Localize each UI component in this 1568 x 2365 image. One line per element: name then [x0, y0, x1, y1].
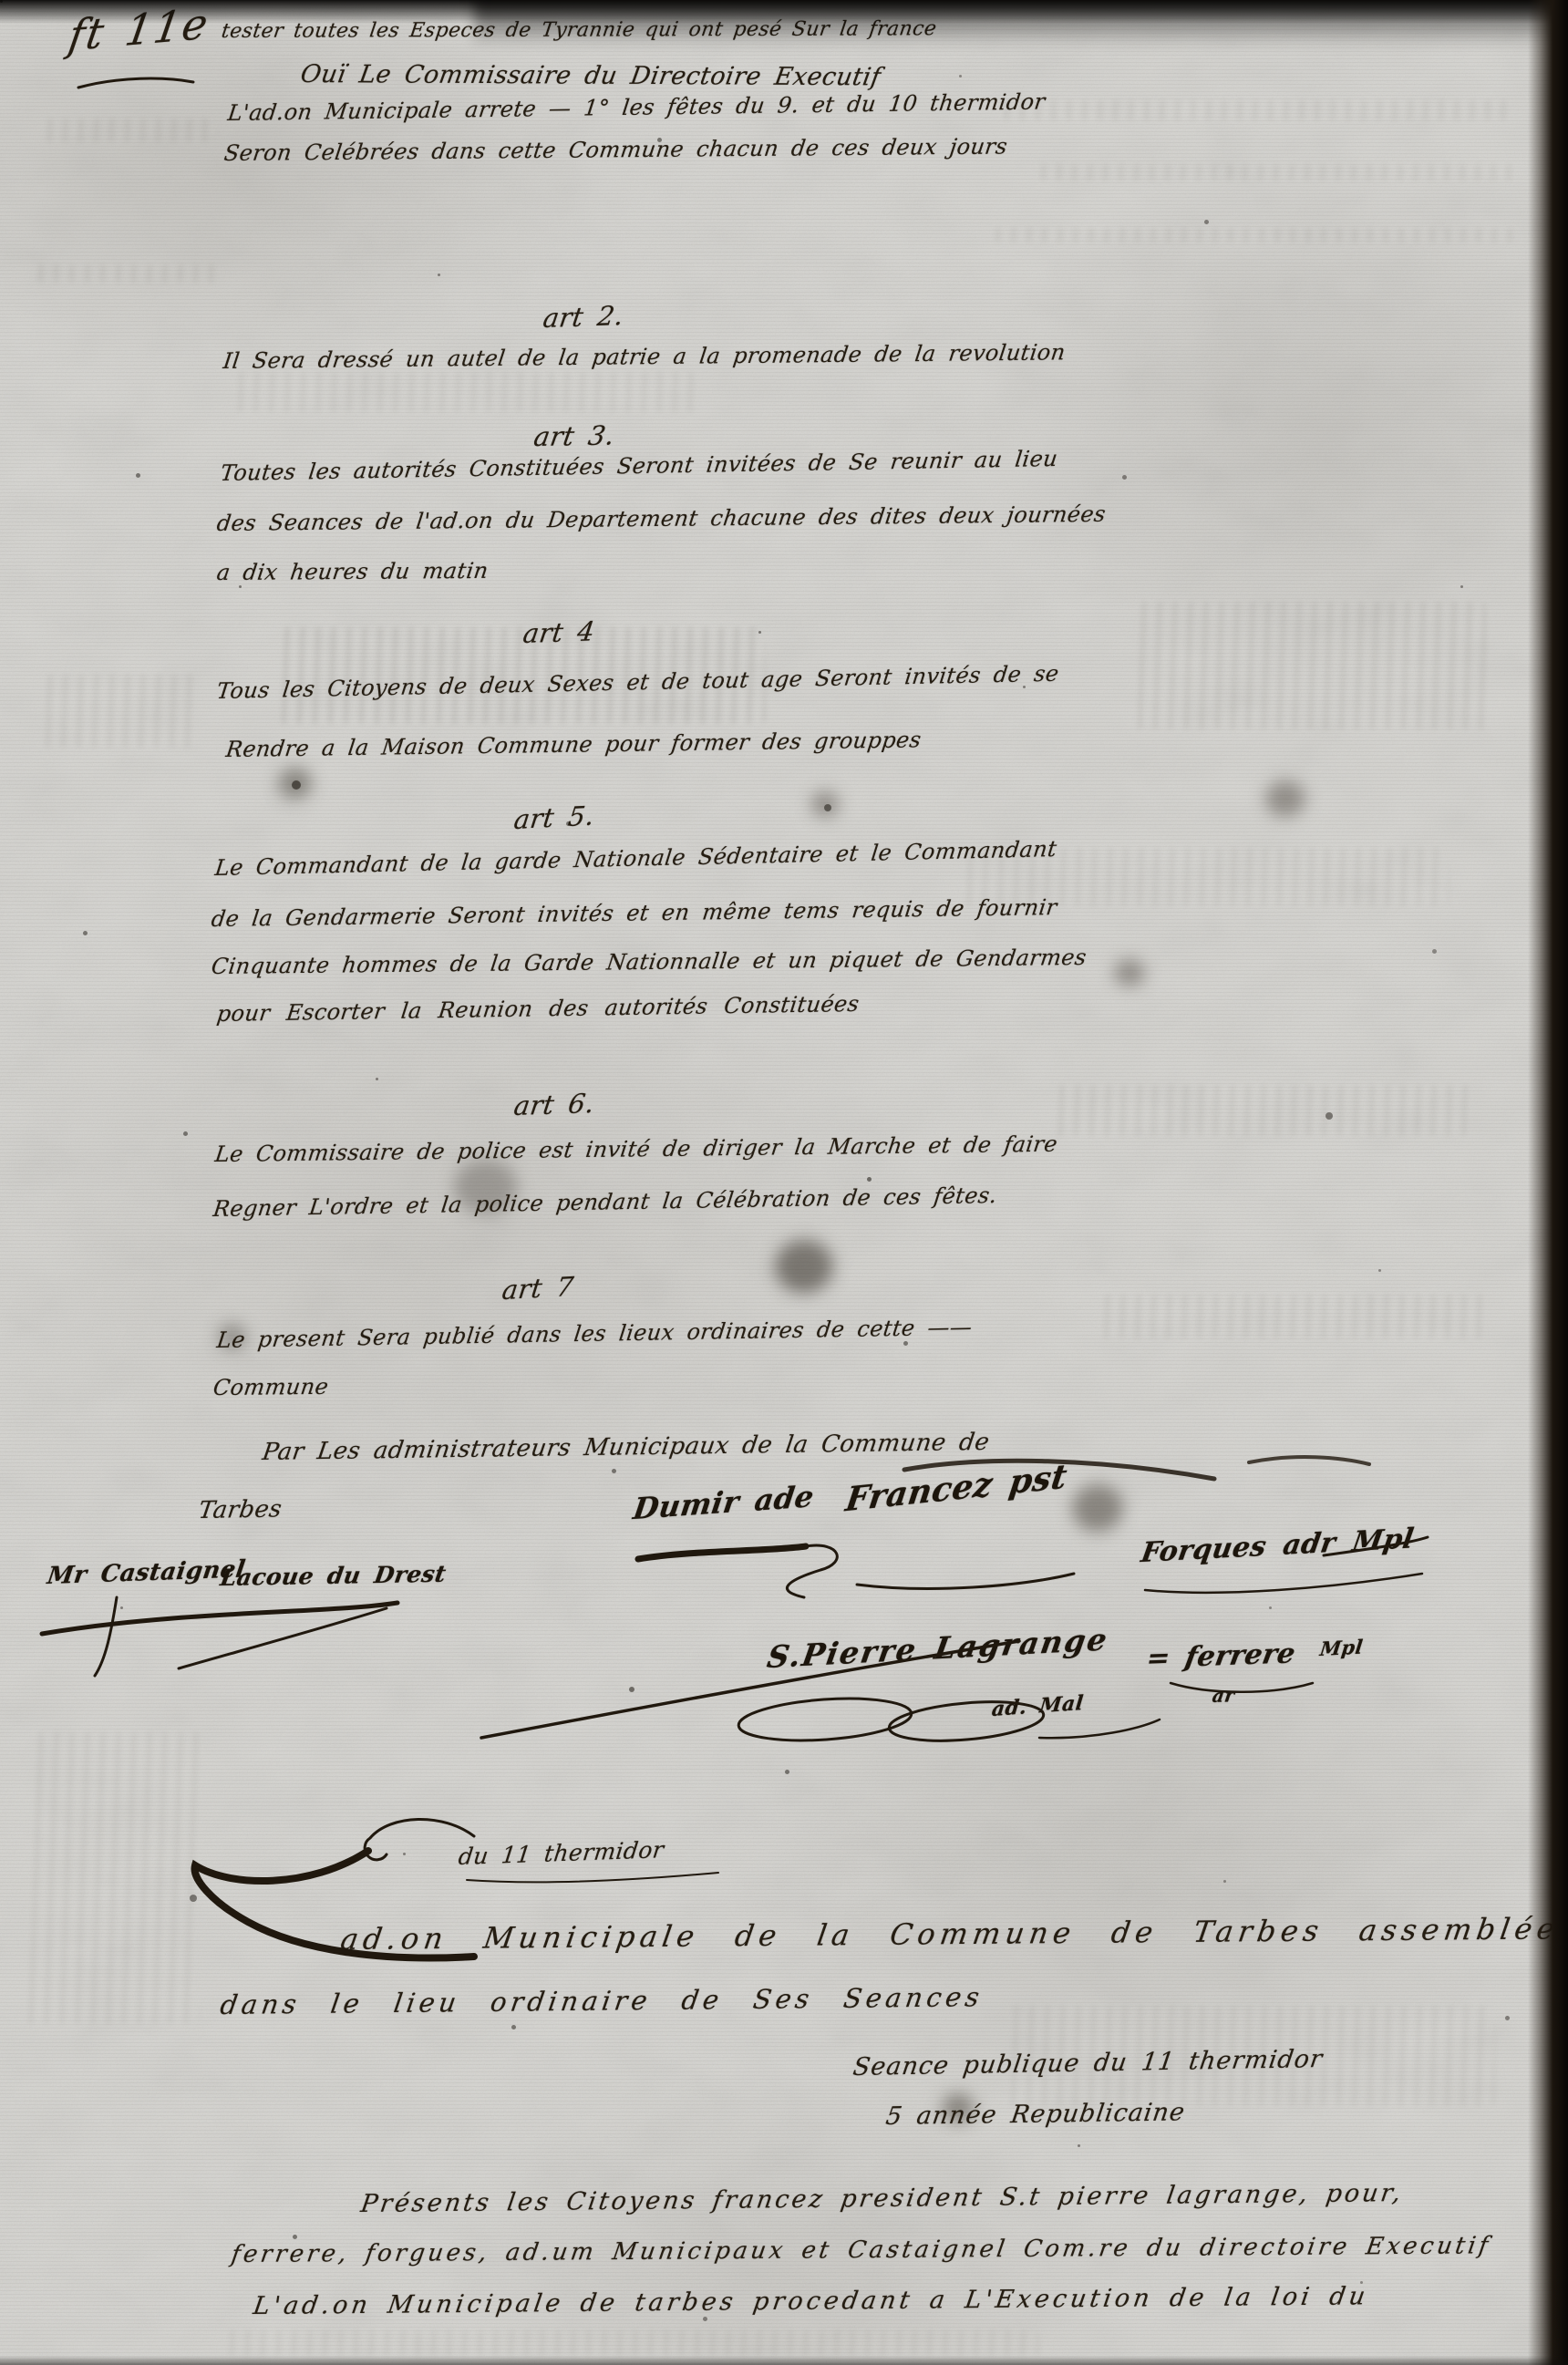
signature-flourish	[1039, 1720, 1160, 1738]
signature-flourish	[1171, 1683, 1313, 1692]
signature-flourish	[787, 1545, 837, 1597]
initial-flourish	[365, 1819, 474, 1859]
signature-flourish	[1145, 1574, 1422, 1593]
signature-flourish	[1324, 1537, 1428, 1555]
folio-underline-flourish	[78, 78, 193, 88]
signature-flourish	[1249, 1457, 1369, 1464]
signature-flourish	[857, 1574, 1074, 1588]
ink-flourishes	[0, 0, 1568, 2365]
signature-flourish	[904, 1461, 1214, 1479]
scan-edge-bottom	[0, 2356, 1568, 2365]
signature-flourish	[481, 1641, 1019, 1738]
initial-flourish	[195, 1851, 474, 1957]
signature-flourish	[42, 1603, 397, 1634]
signature-flourish	[638, 1546, 806, 1559]
scan-edge-top-right	[474, 0, 1568, 60]
date-underline-flourish	[467, 1873, 718, 1882]
book-binding-edge	[1528, 0, 1568, 2365]
manuscript-page: ft 11e tester toutes les Especes de Tyra…	[0, 0, 1568, 2365]
signature-flourish	[95, 1597, 117, 1676]
signature-flourish	[888, 1697, 1046, 1747]
signature-flourish	[738, 1693, 913, 1745]
